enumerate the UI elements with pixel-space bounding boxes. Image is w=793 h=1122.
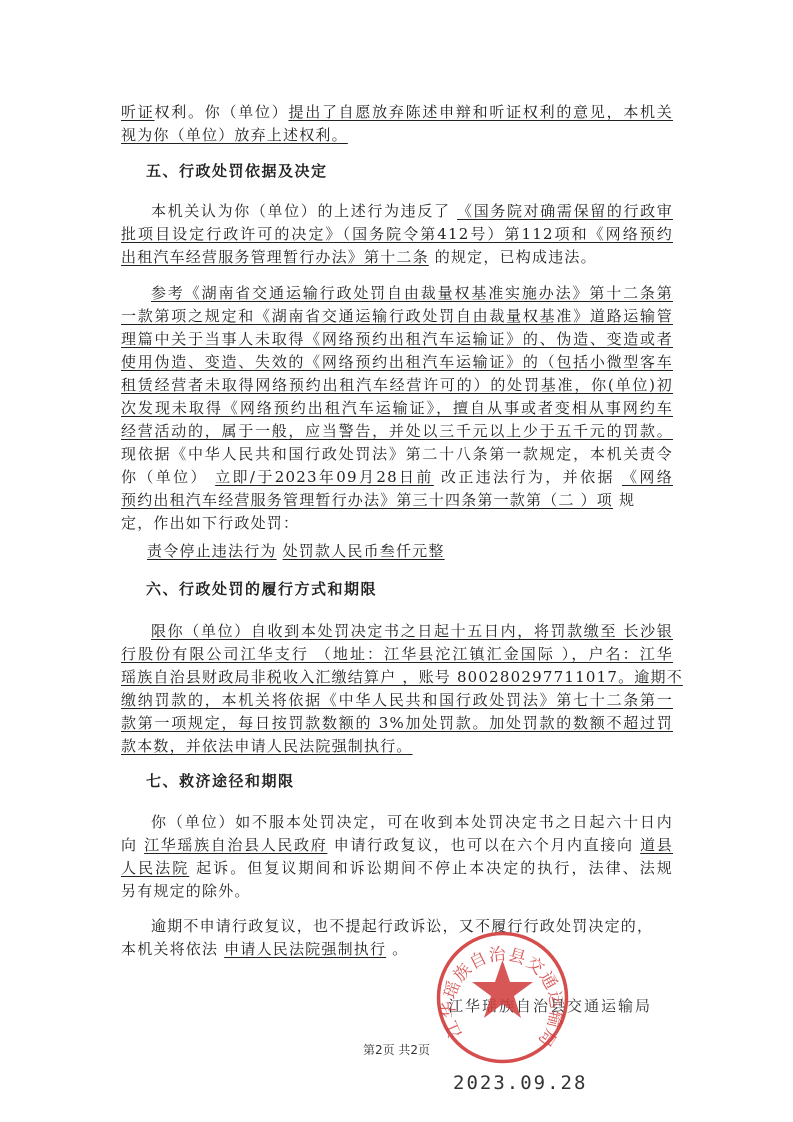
section-6-heading: 六、行政处罚的履行方式和期限 [146,578,377,599]
s6-line-4: 缴纳罚款的，本机关将依据《中华人民共和国行政处罚法》第七十二条第一 [121,689,673,711]
s5-p1-line-1: 本机关认为你（单位）的上述行为违反了 《国务院对确需保留的行政审 [121,200,673,222]
text-span: 限你（单位）自收到本处罚决定书之日起十五日内，将罚款缴至 长沙银 [151,622,673,640]
review-authority: 江华瑶族自治县人民政府 [144,836,327,854]
s5-p2-line-7: 经营活动的，属于一般，应当警告，并处以三千元以上少于五千元的罚款。 [121,420,673,442]
text-span: 本机关认为你（单位）的上述行为违反了 [151,202,457,220]
text-span: 权利。你（单位） [155,103,289,121]
s5-p1-line-2: 批项目设定行政许可的决定》（国务院令第412号）第112项和《网络预约 [121,223,673,245]
intro-line-1: 听证权利。你（单位）提出了自愿放弃陈述申辩和听证权利的意见，本机关 [121,101,673,123]
intro-line-2: 视为你（单位）放弃上述权利。 [121,124,673,146]
text-span: 申请行政复议，也可以在六个月内直接向 [327,836,640,854]
s6-line-3: 瑶族自治县财政局非税收入汇缴结算户 ，账号 800280297711017。逾期… [121,666,673,688]
text-span: 款本数，并依法申请人民法院强制执行。 [121,737,413,755]
penalty-line: 责令停止违法行为 处罚款人民币叁仟元整 [121,540,699,562]
text-span: 出租汽车经营服务管理暂行办法》第十二条 [121,248,429,266]
text-span: 款第一项规定，每日按罚款数额的 3%加处罚款。加处罚款的数额不超过罚 [121,714,673,732]
issue-date: 2023.09.28 [453,1072,587,1094]
section-7-heading: 七、救济途径和期限 [146,770,295,791]
text-span: 视为你（单位）放弃上述权利。 [121,126,348,144]
text-span: 申请人民法院强制执行 [224,940,386,958]
s7-p2-line-2: 本机关将依法 申请人民法院强制执行 。 [121,938,673,960]
s7-p1-line-2: 向 江华瑶族自治县人民政府 申请行政复议，也可以在六个月内直接向 道县 [121,834,673,856]
court-name: 道县 [640,836,673,854]
text-span: 听证 [121,103,155,121]
text-span: 逾期不申请行政复议，也不提起行政诉讼，又不履行行政处罚决定的， [151,917,653,935]
text-span: 行股份有限公司江华支行 （地址：江华县沱江镇汇金国际 ），户名：江华 [121,645,673,663]
s6-line-2: 行股份有限公司江华支行 （地址：江华县沱江镇汇金国际 ），户名：江华 [121,643,673,665]
s5-p2-line-2: 一款第项之规定和《湖南省交通运输行政处罚自由裁量权基准》道路运输管 [121,305,673,327]
s5-p2-line-5: 租赁经营者未取得网络预约出租汽车经营许可的）的处罚基准，你(单位)初 [121,374,673,396]
s6-line-1: 限你（单位）自收到本处罚决定书之日起十五日内，将罚款缴至 长沙银 [121,620,673,642]
s7-p1-line-1: 你（单位）如不服本处罚决定，可在收到本处罚决定书之日起六十日内 [121,811,673,833]
text-span: 理篇中关于当事人未取得《网络预约出租汽车运输证》的、伪造、变造或者 [121,330,673,348]
s5-p2-line-6: 次发现未取得《网络预约出租汽车运输证》，擅自从事或者变相从事网约车 [121,397,673,419]
text-span: 预约出租汽车经营服务管理暂行办法》第三十四条第一款第（二 ）项 [121,491,613,509]
text-span: 经营活动的，属于一般，应当警告，并处以三千元以上少于五千元的罚款。 [121,422,673,440]
penalty-fine: 处罚款人民币叁仟元整 [283,542,445,560]
s7-p2-line-1: 逾期不申请行政复议，也不提起行政诉讼，又不履行行政处罚决定的， [121,915,673,937]
text-span: 规 [613,491,635,509]
s5-p1-line-3: 出租汽车经营服务管理暂行办法》第十二条 的规定，已构成违法。 [121,246,673,268]
text-span: 本机关将依法 [121,940,224,958]
deadline-text: 立即/于2023年09月28日前 [215,468,434,486]
text-span: 的规定，已构成违法。 [429,248,597,266]
text-span: 《网络 [622,468,673,486]
text-span: 使用伪造、变造、失效的《网络预约出租汽车运输证》的（包括小微型客车 [121,353,673,371]
text-span: 缴纳罚款的，本机关将依据《中华人民共和国行政处罚法》第七十二条第一 [121,691,673,709]
text-span: 向 [121,836,144,854]
text-span: 现依据《中华人民共和国行政处罚法》第二十八条第一款规定，本机关责令 [121,445,673,463]
text-span: 定，作出如下行政处罚： [121,514,299,532]
text-span: 你（单位） [121,468,215,486]
court-name: 人民法院 [121,859,189,877]
text-span: 次发现未取得《网络预约出租汽车运输证》，擅自从事或者变相从事网约车 [121,399,673,417]
text-span: 批项目设定行政许可的决定》（国务院令第412号）第112项和《网络预约 [121,225,673,243]
s5-p2-line-10: 预约出租汽车经营服务管理暂行办法》第三十四条第一款第（二 ）项 规 [121,489,673,511]
text-span: 另有规定的除外。 [121,882,251,900]
s5-p2-line-8: 现依据《中华人民共和国行政处罚法》第二十八条第一款规定，本机关责令 [121,443,673,465]
document-page: 听证权利。你（单位）提出了自愿放弃陈述申辩和听证权利的意见，本机关 视为你（单位… [0,0,793,1122]
text-span: 参考《湖南省交通运输行政处罚自由裁量权基准实施办法》第十二条第 [151,284,673,302]
penalty-order: 责令停止违法行为 [147,542,277,560]
text-span: 一款第项之规定和《湖南省交通运输行政处罚自由裁量权基准》道路运输管 [121,307,673,325]
text-span: 租赁经营者未取得网络预约出租汽车经营许可的）的处罚基准，你(单位)初 [121,376,673,394]
text-span: 你（单位）如不服本处罚决定，可在收到本处罚决定书之日起六十日内 [151,813,673,831]
s7-p1-line-3: 人民法院 起诉。但复议期间和诉讼期间不停止本决定的执行，法律、法规 [121,857,673,879]
s5-p2-line-9: 你（单位） 立即/于2023年09月28日前 改正违法行为，并依据 《网络 [121,466,673,488]
section-5-heading: 五、行政处罚依据及决定 [146,160,328,181]
text-span: 改正违法行为，并依据 [434,468,622,486]
text-span: 起诉。但复议期间和诉讼期间不停止本决定的执行，法律、法规 [189,859,673,877]
text-span: 《国务院对确需保留的行政审 [457,202,673,220]
s7-p1-line-4: 另有规定的除外。 [121,880,673,902]
text-span: 。 [386,940,408,958]
s5-p2-line-4: 使用伪造、变造、失效的《网络预约出租汽车运输证》的（包括小微型客车 [121,351,673,373]
s6-line-5: 款第一项规定，每日按罚款数额的 3%加处罚款。加处罚款的数额不超过罚 [121,712,673,734]
text-span: 提出了自愿放弃陈述申辩和听证权利的意见，本机关 [288,103,673,121]
account-text: 瑶族自治县财政局非税收入汇缴结算户 ，账号 800280297711017。逾期… [121,668,683,686]
page-number: 第2页 共2页 [0,1041,793,1058]
s5-p2-line-11: 定，作出如下行政处罚： [121,512,673,534]
s6-line-6: 款本数，并依法申请人民法院强制执行。 [121,735,673,757]
s5-p2-line-1: 参考《湖南省交通运输行政处罚自由裁量权基准实施办法》第十二条第 [121,282,673,304]
s5-p2-line-3: 理篇中关于当事人未取得《网络预约出租汽车运输证》的、伪造、变造或者 [121,328,673,350]
